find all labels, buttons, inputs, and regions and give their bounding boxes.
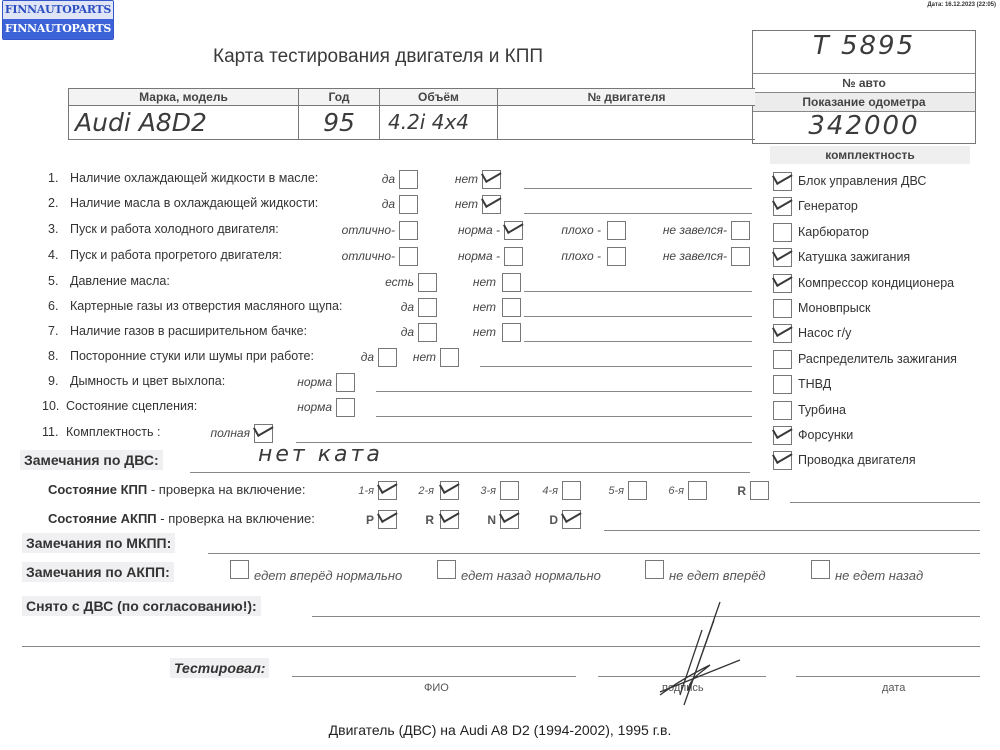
komplektnost-item-label: Насос г/у: [798, 326, 851, 340]
option-label: нет: [473, 325, 496, 339]
logo-line-2: FINNAUTOPARTS: [3, 19, 113, 39]
akpp-remark-checkbox[interactable]: [645, 560, 664, 579]
option-checkbox[interactable]: [504, 221, 523, 240]
option-checkbox[interactable]: [418, 298, 437, 317]
engine-remarks-value[interactable]: нет ката: [258, 442, 383, 467]
akpp-line: [604, 530, 980, 531]
mkpp-remarks-label: Замечания по МКПП:: [22, 533, 175, 553]
option-label: нет: [413, 350, 436, 364]
question-number: 9.: [48, 374, 58, 388]
odometer-value: 342000: [753, 111, 975, 143]
option-checkbox[interactable]: [418, 323, 437, 342]
akpp-mode-checkbox[interactable]: [562, 510, 581, 529]
komplektnost-item-label: Турбина: [798, 403, 846, 417]
akpp-mode-label: N: [487, 513, 496, 527]
gear-checkbox[interactable]: [562, 481, 581, 500]
kpp-check-label-bold: Состояние КПП: [48, 482, 147, 497]
question-text: Состояние сцепления:: [66, 399, 197, 413]
date-line[interactable]: [796, 676, 980, 677]
komplektnost-checkbox[interactable]: [773, 299, 792, 318]
question-number: 8.: [48, 349, 58, 363]
question-number: 3.: [48, 222, 58, 236]
fio-line[interactable]: [292, 676, 576, 677]
komplektnost-checkbox[interactable]: [773, 197, 792, 216]
option-checkbox[interactable]: [254, 424, 273, 443]
col-header-engine-number: № двигателя: [498, 89, 755, 105]
question-text: Посторонние стуки или шумы при работе:: [70, 349, 314, 363]
akpp-mode-label: D: [549, 513, 558, 527]
kpp-check-label: Состояние КПП - проверка на включение:: [48, 482, 305, 497]
volume-value: 4.2i 4x4: [388, 106, 469, 139]
akpp-check-label: Состояние АКПП - проверка на включение:: [48, 511, 315, 526]
option-label: норма -: [458, 249, 500, 263]
question-number: 1.: [48, 171, 58, 185]
komplektnost-checkbox[interactable]: [773, 274, 792, 293]
option-label: нет: [473, 300, 496, 314]
question-text: Картерные газы из отверстия масляного щу…: [70, 299, 342, 313]
notes-line[interactable]: [524, 291, 752, 292]
question-text: Наличие масла в охлаждающей жидкости:: [70, 196, 318, 210]
notes-line[interactable]: [480, 366, 752, 367]
komplektnost-item-label: Проводка двигателя: [798, 453, 916, 467]
gear-label: 6-я: [668, 485, 684, 497]
make-model-value: Audi A8D2: [75, 106, 207, 139]
mkpp-remarks-line[interactable]: [208, 553, 980, 554]
tested-by-label: Тестировал:: [170, 658, 269, 678]
komplektnost-checkbox[interactable]: [773, 172, 792, 191]
option-checkbox[interactable]: [731, 247, 750, 266]
gear-checkbox[interactable]: [440, 481, 459, 500]
option-checkbox[interactable]: [399, 170, 418, 189]
option-label: есть: [385, 275, 414, 289]
gear-checkbox[interactable]: [500, 481, 519, 500]
brand-logo: FINNAUTOPARTS FINNAUTOPARTS: [2, 0, 114, 40]
komplektnost-item-label: Блок управления ДВС: [798, 174, 926, 188]
col-header-year: Год: [299, 89, 379, 105]
akpp-remark-label: едет назад нормально: [461, 568, 601, 583]
option-checkbox[interactable]: [378, 348, 397, 367]
option-checkbox[interactable]: [336, 373, 355, 392]
akpp-remark-checkbox[interactable]: [437, 560, 456, 579]
option-label: полная: [211, 426, 250, 440]
komplektnost-title: комплектность: [770, 146, 970, 164]
question-text: Наличие газов в расширительном бачке:: [70, 324, 307, 338]
option-label: нет: [455, 197, 478, 211]
question-number: 6.: [48, 299, 58, 313]
akpp-remark-checkbox[interactable]: [811, 560, 830, 579]
col-header-volume: Объём: [380, 89, 497, 105]
option-checkbox[interactable]: [502, 273, 521, 292]
kpp-line: [790, 502, 980, 503]
komplektnost-item-label: Распределитель зажигания: [798, 352, 957, 366]
col-engine-number: № двигателя: [498, 89, 755, 139]
vehicle-id-box: T 5895 № авто Показание одометра 342000: [752, 30, 976, 144]
image-caption: Двигатель (ДВС) на Audi A8 D2 (1994-2002…: [0, 722, 1000, 738]
option-label: да: [401, 300, 414, 314]
akpp-remark-label: едет вперёд нормально: [254, 568, 402, 583]
akpp-check-label-rest: - проверка на включение:: [157, 511, 315, 526]
option-label: отлично-: [342, 249, 395, 263]
akpp-mode-checkbox[interactable]: [440, 510, 459, 529]
col-volume: Объём 4.2i 4x4: [380, 89, 498, 139]
akpp-mode-label: P: [366, 513, 374, 527]
akpp-mode-checkbox[interactable]: [378, 510, 397, 529]
notes-line[interactable]: [524, 188, 752, 189]
question-number: 7.: [48, 324, 58, 338]
option-checkbox[interactable]: [731, 221, 750, 240]
notes-line[interactable]: [524, 341, 752, 342]
question-number: 5.: [48, 274, 58, 288]
komplektnost-item-label: Форсунки: [798, 428, 853, 442]
option-label: не завелся-: [663, 249, 727, 263]
option-checkbox[interactable]: [482, 170, 501, 189]
option-checkbox[interactable]: [504, 247, 523, 266]
date-caption: дата: [882, 682, 905, 694]
notes-line[interactable]: [376, 416, 752, 417]
option-label: отлично-: [342, 223, 395, 237]
akpp-remarks-label: Замечания по АКПП:: [22, 562, 174, 582]
car-number-value: T 5895: [753, 31, 975, 73]
komplektnost-checkbox[interactable]: [773, 223, 792, 242]
col-year: Год 95: [299, 89, 380, 139]
col-header-make-model: Марка, модель: [69, 89, 298, 105]
option-label: плохо -: [561, 249, 601, 263]
komplektnost-checkbox[interactable]: [773, 375, 792, 394]
question-text: Пуск и работа холодного двигателя:: [70, 222, 279, 236]
option-label: не завелся-: [663, 223, 727, 237]
gear-checkbox[interactable]: [688, 481, 707, 500]
question-text: Дымность и цвет выхлопа:: [70, 374, 225, 388]
option-label: да: [382, 172, 395, 186]
komplektnost-item-label: Карбюратор: [798, 225, 869, 239]
option-checkbox[interactable]: [607, 221, 626, 240]
option-label: норма -: [458, 223, 500, 237]
vehicle-table: Марка, модель Audi A8D2 Год 95 Объём 4.2…: [68, 88, 755, 140]
komplektnost-checkbox[interactable]: [773, 324, 792, 343]
komplektnost-item-label: Моновпрыск: [798, 301, 870, 315]
akpp-check-label-bold: Состояние АКПП: [48, 511, 157, 526]
gear-label: 4-я: [542, 485, 558, 497]
option-label: нет: [473, 275, 496, 289]
option-checkbox[interactable]: [336, 398, 355, 417]
gear-label: 1-я: [358, 485, 374, 497]
col-make-model: Марка, модель Audi A8D2: [69, 89, 299, 139]
option-label: да: [361, 350, 374, 364]
engine-remarks-line: [190, 472, 750, 473]
gear-checkbox[interactable]: [378, 481, 397, 500]
option-label: да: [382, 197, 395, 211]
question-number: 11.: [42, 425, 58, 439]
document-date: Дата: 16.12.2023 (22:05): [927, 2, 996, 8]
option-checkbox[interactable]: [399, 195, 418, 214]
option-label: да: [401, 325, 414, 339]
fio-caption: ФИО: [424, 682, 449, 694]
option-checkbox[interactable]: [607, 247, 626, 266]
akpp-remark-label: не едет вперёд: [669, 568, 766, 583]
logo-line-1: FINNAUTOPARTS: [3, 1, 113, 19]
year-value: 95: [299, 106, 379, 139]
akpp-remark-checkbox[interactable]: [230, 560, 249, 579]
removed-line-2[interactable]: [22, 646, 980, 647]
option-checkbox[interactable]: [399, 247, 418, 266]
komplektnost-item-label: Генератор: [798, 199, 858, 213]
handwritten-signature: [640, 600, 750, 710]
option-checkbox[interactable]: [502, 323, 521, 342]
gear-label: R: [737, 484, 746, 498]
kpp-check-label-rest: - проверка на включение:: [147, 482, 305, 497]
option-checkbox[interactable]: [502, 298, 521, 317]
gear-label: 2-я: [418, 485, 434, 497]
notes-line[interactable]: [524, 213, 752, 214]
question-number: 2.: [48, 196, 58, 210]
option-checkbox[interactable]: [399, 221, 418, 240]
engine-remarks-label: Замечания по ДВС:: [20, 450, 163, 470]
option-checkbox[interactable]: [482, 195, 501, 214]
option-label: норма: [297, 400, 332, 414]
question-text: Давление масла:: [70, 274, 170, 288]
gear-checkbox[interactable]: [750, 481, 769, 500]
komplektnost-item-label: Катушка зажигания: [798, 250, 910, 264]
option-label: норма: [297, 375, 332, 389]
question-text: Пуск и работа прогретого двигателя:: [70, 248, 282, 262]
option-label: плохо -: [561, 223, 601, 237]
question-number: 4.: [48, 248, 58, 262]
question-text: Наличие охлаждающей жидкости в масле:: [70, 171, 318, 185]
komplektnost-checkbox[interactable]: [773, 350, 792, 369]
komplektnost-checkbox[interactable]: [773, 451, 792, 470]
question-number: 10.: [42, 399, 59, 413]
komplektnost-checkbox[interactable]: [773, 426, 792, 445]
akpp-mode-checkbox[interactable]: [500, 510, 519, 529]
option-checkbox[interactable]: [440, 348, 459, 367]
komplektnost-item-label: ТНВД: [798, 377, 831, 391]
akpp-mode-label: R: [425, 513, 434, 527]
removed-label: Снято с ДВС (по согласованию!):: [22, 596, 261, 616]
notes-line[interactable]: [524, 316, 752, 317]
gear-checkbox[interactable]: [628, 481, 647, 500]
car-number-label: № авто: [753, 73, 975, 92]
komplektnost-checkbox[interactable]: [773, 248, 792, 267]
odometer-label: Показание одометра: [753, 92, 975, 112]
komplektnost-item-label: Компрессор кондиционера: [798, 276, 954, 290]
option-label: нет: [455, 172, 478, 186]
gear-label: 3-я: [480, 485, 496, 497]
option-checkbox[interactable]: [418, 273, 437, 292]
notes-line[interactable]: [376, 391, 752, 392]
gear-label: 5-я: [608, 485, 624, 497]
komplektnost-checkbox[interactable]: [773, 401, 792, 420]
question-text: Комплектность :: [66, 425, 160, 439]
page-title: Карта тестирования двигателя и КПП: [213, 46, 543, 68]
akpp-remark-label: не едет назад: [835, 568, 923, 583]
